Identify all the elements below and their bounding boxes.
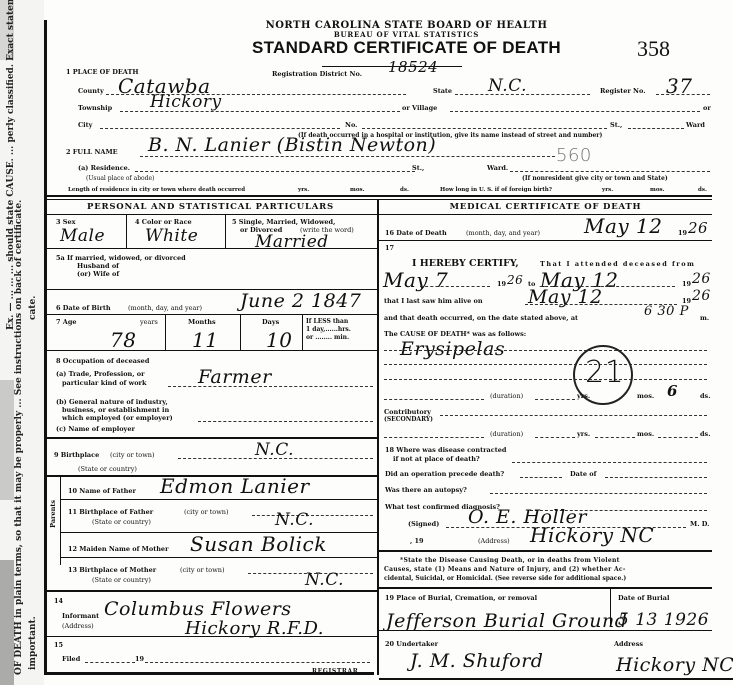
birthplace-label: 9 Birthplace bbox=[54, 451, 99, 459]
margin-text-line3: OF DEATH in plain terms, so that it may … bbox=[14, 330, 25, 675]
duration2-ds-line bbox=[658, 437, 698, 438]
dod-label: 16 Date of Death bbox=[385, 229, 447, 237]
certificate-number: 358 bbox=[637, 36, 670, 62]
duration2-label: (duration) bbox=[490, 430, 523, 438]
footnote-1: *State the Disease Causing Death, or in … bbox=[400, 557, 620, 564]
usual-place-label: (Usual place of abode) bbox=[86, 175, 154, 182]
address-value: Hickory NC bbox=[530, 523, 654, 547]
register-no-value: 37 bbox=[666, 74, 692, 98]
burial-value: Jefferson Burial Ground bbox=[386, 610, 627, 632]
date-of-label: Date of bbox=[570, 470, 596, 478]
header-divider-1 bbox=[44, 195, 712, 197]
full-name-label: 2 FULL NAME bbox=[66, 148, 118, 156]
years-value: 78 bbox=[110, 328, 136, 352]
undertaker-address-label: Address bbox=[614, 640, 643, 648]
column-divider bbox=[377, 199, 379, 675]
father-birthplace-state-hint: (State or country) bbox=[92, 518, 151, 526]
duration-ds-label: ds. bbox=[700, 392, 710, 400]
cause-value: Erysipelas bbox=[400, 338, 505, 360]
burial-label: 19 Place of Burial, Cremation, or remova… bbox=[385, 594, 537, 602]
mother-label: 12 Maiden Name of Mother bbox=[68, 545, 169, 553]
burial-date-label: Date of Burial bbox=[618, 594, 669, 602]
parents-label: Parents bbox=[49, 500, 57, 528]
attended-to-year-prefix: 19 bbox=[682, 280, 691, 288]
divider bbox=[165, 314, 166, 350]
medical-section-title: MEDICAL CERTIFICATE OF DEATH bbox=[379, 202, 712, 212]
footnote-3: cidental, Suicidal, or Homicidal. (See r… bbox=[384, 575, 626, 582]
informant-value: Columbus Flowers bbox=[104, 598, 292, 620]
county-label: County bbox=[78, 87, 104, 95]
informant-label: Informant bbox=[62, 612, 99, 620]
informant-address-label: (Address) bbox=[62, 622, 94, 630]
attended-from-value: May 7 bbox=[383, 268, 448, 292]
state-label: State bbox=[433, 87, 452, 95]
duration-yrs-label: yrs. bbox=[577, 392, 590, 400]
years-label: years bbox=[140, 318, 158, 326]
st-label: St., bbox=[610, 121, 622, 129]
attended-from-year: 26 bbox=[507, 273, 523, 287]
duration2-yrs-line bbox=[535, 437, 575, 438]
secondary-label: (SECONDARY) bbox=[384, 416, 433, 423]
industry-label-2: business, or establishment in bbox=[62, 406, 169, 414]
street-field-line bbox=[362, 128, 607, 129]
divider bbox=[240, 314, 241, 350]
industry-label-3: which employed (or employer) bbox=[62, 414, 173, 422]
months-label: Months bbox=[188, 318, 216, 326]
divider bbox=[126, 214, 127, 248]
residence-ward-line bbox=[510, 171, 710, 172]
full-name-value: B. N. Lanier (Bistin Newton) bbox=[148, 134, 436, 156]
street-no-label: No. bbox=[345, 121, 357, 129]
mother-birthplace-value: N.C. bbox=[305, 570, 344, 590]
divider bbox=[47, 590, 377, 592]
residence-ward-label: Ward. bbox=[487, 164, 508, 172]
divider bbox=[60, 475, 61, 565]
operation-label: Did an operation precede death? bbox=[385, 470, 504, 478]
birthplace-hint: (city or town) bbox=[110, 451, 155, 459]
birthplace-state-hint: (State or country) bbox=[78, 465, 137, 473]
or-village-label: or Village bbox=[402, 104, 437, 112]
paper-scuff bbox=[0, 380, 14, 500]
address-label: (Address) bbox=[478, 537, 510, 545]
cause-line-1 bbox=[384, 350, 707, 351]
certificate-title: STANDARD CERTIFICATE OF DEATH bbox=[40, 38, 733, 58]
trade-label-1: (a) Trade, Profession, or bbox=[56, 370, 145, 378]
father-birthplace-value: N.C. bbox=[275, 510, 314, 530]
filed-year-label: 19 bbox=[135, 655, 144, 663]
contributory-label: Contributory bbox=[384, 408, 431, 416]
dod-year-prefix: 19 bbox=[678, 229, 687, 237]
death-time-label: and that death occurred, on the date sta… bbox=[384, 314, 578, 322]
mother-birthplace-state-hint: (State or country) bbox=[92, 576, 151, 584]
less-label-1: If LESS than bbox=[306, 318, 348, 325]
duration2-yrs-label: yrs. bbox=[577, 430, 590, 438]
spouse-label-2: Husband of bbox=[77, 262, 119, 270]
employer-label: (c) Name of employer bbox=[56, 425, 135, 433]
nonresident-note: (If nonresident give city or town and St… bbox=[522, 175, 668, 182]
death-certificate-page: Ex. — ... ... ... should state CAUSE. ..… bbox=[0, 0, 733, 685]
duration-yrs-line bbox=[535, 399, 575, 400]
divider bbox=[47, 248, 377, 249]
village-field-line bbox=[450, 111, 700, 112]
filed-line bbox=[85, 662, 135, 663]
duration-label: (duration) bbox=[490, 392, 523, 400]
register-no-label: Register No. bbox=[600, 87, 645, 95]
undertaker-label: 20 Undertaker bbox=[385, 640, 438, 648]
dob-hint: (month, day, and year) bbox=[128, 304, 202, 312]
duration-days-value: 6 bbox=[667, 382, 678, 400]
dod-value: May 12 bbox=[584, 214, 663, 238]
length-residence-label: Length of residence in city or town wher… bbox=[68, 187, 245, 193]
sex-label: 3 Sex bbox=[56, 218, 76, 226]
undertaker-value: J. M. Shuford bbox=[410, 650, 543, 672]
dob-label: 6 Date of Birth bbox=[56, 304, 111, 312]
paper-scuff bbox=[0, 560, 14, 685]
item-17-label: 17 bbox=[385, 244, 394, 252]
industry-line bbox=[198, 421, 373, 422]
foreign-birth-label: How long in U. S. if of foreign birth? bbox=[440, 187, 552, 193]
length-ds-label: ds. bbox=[400, 187, 409, 193]
foreign-ds-label: ds. bbox=[698, 187, 707, 193]
footnote-2: Causes, state (1) Means and Nature of In… bbox=[384, 566, 626, 573]
state-value: N.C. bbox=[488, 76, 527, 96]
trade-label-2: particular kind of work bbox=[62, 379, 146, 387]
autopsy-label: Was there an autopsy? bbox=[385, 486, 467, 494]
attended-from-line bbox=[420, 286, 490, 287]
registration-district-value: 18524 bbox=[388, 58, 438, 76]
divider bbox=[379, 240, 712, 241]
divider bbox=[379, 550, 712, 552]
duration2-mos-label: mos. bbox=[637, 430, 654, 438]
or-label: or bbox=[703, 104, 711, 112]
duration2-line bbox=[384, 437, 484, 438]
divider bbox=[60, 499, 377, 500]
trade-value: Farmer bbox=[198, 366, 272, 388]
marital-value: Married bbox=[255, 232, 329, 252]
contributory-line bbox=[440, 415, 707, 416]
registrar-line bbox=[145, 662, 370, 663]
duration-mos-label: mos. bbox=[637, 392, 654, 400]
city-label: City bbox=[78, 121, 92, 129]
full-name-line bbox=[140, 156, 555, 157]
divider bbox=[379, 630, 712, 631]
contracted-label-2: if not at place of death? bbox=[393, 455, 480, 463]
contracted-label-1: 18 Where was disease contracted bbox=[385, 446, 506, 454]
pencil-note: 560 bbox=[556, 145, 592, 166]
registration-overline bbox=[322, 66, 462, 67]
circled-code: 21 bbox=[585, 355, 624, 390]
length-yrs-label: yrs. bbox=[298, 187, 309, 193]
foreign-mos-label: mos. bbox=[650, 187, 665, 193]
residence-label: (a) Residence. bbox=[78, 164, 130, 172]
margin-text-line4: important. bbox=[28, 600, 39, 670]
autopsy-line bbox=[490, 493, 707, 494]
dob-value: June 2 1847 bbox=[240, 290, 361, 312]
margin-text-line2: cate. bbox=[28, 290, 39, 320]
residence-st-label: St., bbox=[412, 164, 424, 172]
md-label: M. D. bbox=[690, 520, 709, 528]
days-label: Days bbox=[262, 318, 279, 326]
duration-line bbox=[384, 399, 484, 400]
personal-section-title: PERSONAL AND STATISTICAL PARTICULARS bbox=[44, 202, 377, 212]
ward-label: Ward bbox=[686, 121, 705, 129]
spouse-label-3: (or) Wife of bbox=[77, 270, 119, 278]
informant-number: 14 bbox=[54, 597, 63, 605]
contracted-line bbox=[512, 462, 707, 463]
death-time-value: 6 30 P bbox=[644, 304, 689, 319]
signed-label: (Signed) bbox=[408, 520, 439, 528]
divider bbox=[225, 214, 226, 248]
divider bbox=[47, 350, 377, 351]
last-saw-year: 26 bbox=[692, 288, 711, 304]
frame-bottom-right bbox=[379, 678, 733, 680]
marital-label-1: 5 Single, Married, Widowed, bbox=[232, 218, 335, 226]
spouse-label-1: 5a If married, widowed, or divorced bbox=[56, 254, 186, 262]
attended-to-year: 26 bbox=[692, 271, 711, 287]
divider bbox=[47, 214, 377, 215]
foreign-yrs-label: yrs. bbox=[602, 187, 613, 193]
father-birthplace-label: 11 Birthplace of Father bbox=[68, 508, 153, 516]
duration2-ds-label: ds. bbox=[700, 430, 710, 438]
registration-district-label: Registration District No. bbox=[272, 70, 362, 78]
undertaker-address-value: Hickory NC bbox=[616, 654, 733, 676]
length-mos-label: mos. bbox=[350, 187, 365, 193]
mother-value: Susan Bolick bbox=[190, 532, 327, 556]
color-value: White bbox=[145, 226, 198, 246]
frame-left-border bbox=[44, 20, 47, 675]
date-19-label: , 19 bbox=[410, 537, 424, 545]
township-label: Township bbox=[78, 104, 112, 112]
date-of-line bbox=[605, 477, 707, 478]
divider bbox=[47, 314, 377, 315]
dod-hint: (month, day, and year) bbox=[466, 229, 540, 237]
filed-label: Filed bbox=[62, 655, 80, 663]
father-birthplace-hint: (city or town) bbox=[184, 508, 229, 516]
frame-bottom-border bbox=[44, 672, 374, 675]
cause-label: The CAUSE OF DEATH* was as follows: bbox=[384, 330, 526, 338]
industry-label-1: (b) General nature of industry, bbox=[56, 398, 168, 406]
burial-date-value: 5 13 1926 bbox=[618, 610, 709, 630]
residence-line bbox=[135, 171, 415, 172]
operation-line bbox=[520, 477, 562, 478]
township-value: Hickory bbox=[150, 92, 222, 112]
city-field-line bbox=[100, 128, 340, 129]
father-value: Edmon Lanier bbox=[160, 474, 310, 498]
birthplace-value: N.C. bbox=[255, 440, 294, 460]
less-label-3: or ........ min. bbox=[306, 334, 349, 341]
divider bbox=[47, 636, 377, 637]
color-label: 4 Color or Race bbox=[135, 218, 192, 226]
age-label: 7 Age bbox=[56, 318, 77, 326]
m-label: m. bbox=[700, 314, 709, 322]
duration2-mos-line bbox=[595, 437, 635, 438]
dod-year-value: 26 bbox=[688, 219, 708, 237]
divider bbox=[47, 437, 377, 439]
less-label-2: 1 day,......hrs. bbox=[306, 326, 351, 333]
sex-value: Male bbox=[60, 226, 105, 246]
divider bbox=[379, 587, 712, 589]
certify-rest: That I attended deceased from bbox=[540, 260, 695, 268]
father-label: 10 Name of Father bbox=[68, 487, 136, 495]
days-value: 10 bbox=[266, 328, 292, 352]
ward-field-line bbox=[628, 128, 684, 129]
mother-birthplace-hint: (city or town) bbox=[180, 566, 225, 574]
filed-number: 15 bbox=[54, 641, 63, 649]
cause-line-3 bbox=[384, 379, 707, 380]
last-saw-label: that I last saw him alive on bbox=[384, 297, 483, 305]
left-margin-instructions: Ex. — ... ... ... should state CAUSE. ..… bbox=[0, 0, 44, 685]
divider bbox=[60, 557, 377, 558]
attended-from-year-prefix: 19 bbox=[497, 280, 506, 288]
occupation-label: 8 Occupation of deceased bbox=[56, 357, 149, 365]
months-value: 11 bbox=[192, 328, 218, 352]
cause-line-2 bbox=[384, 364, 707, 365]
divider bbox=[302, 314, 303, 350]
mother-birthplace-label: 13 Birthplace of Mother bbox=[68, 566, 156, 574]
